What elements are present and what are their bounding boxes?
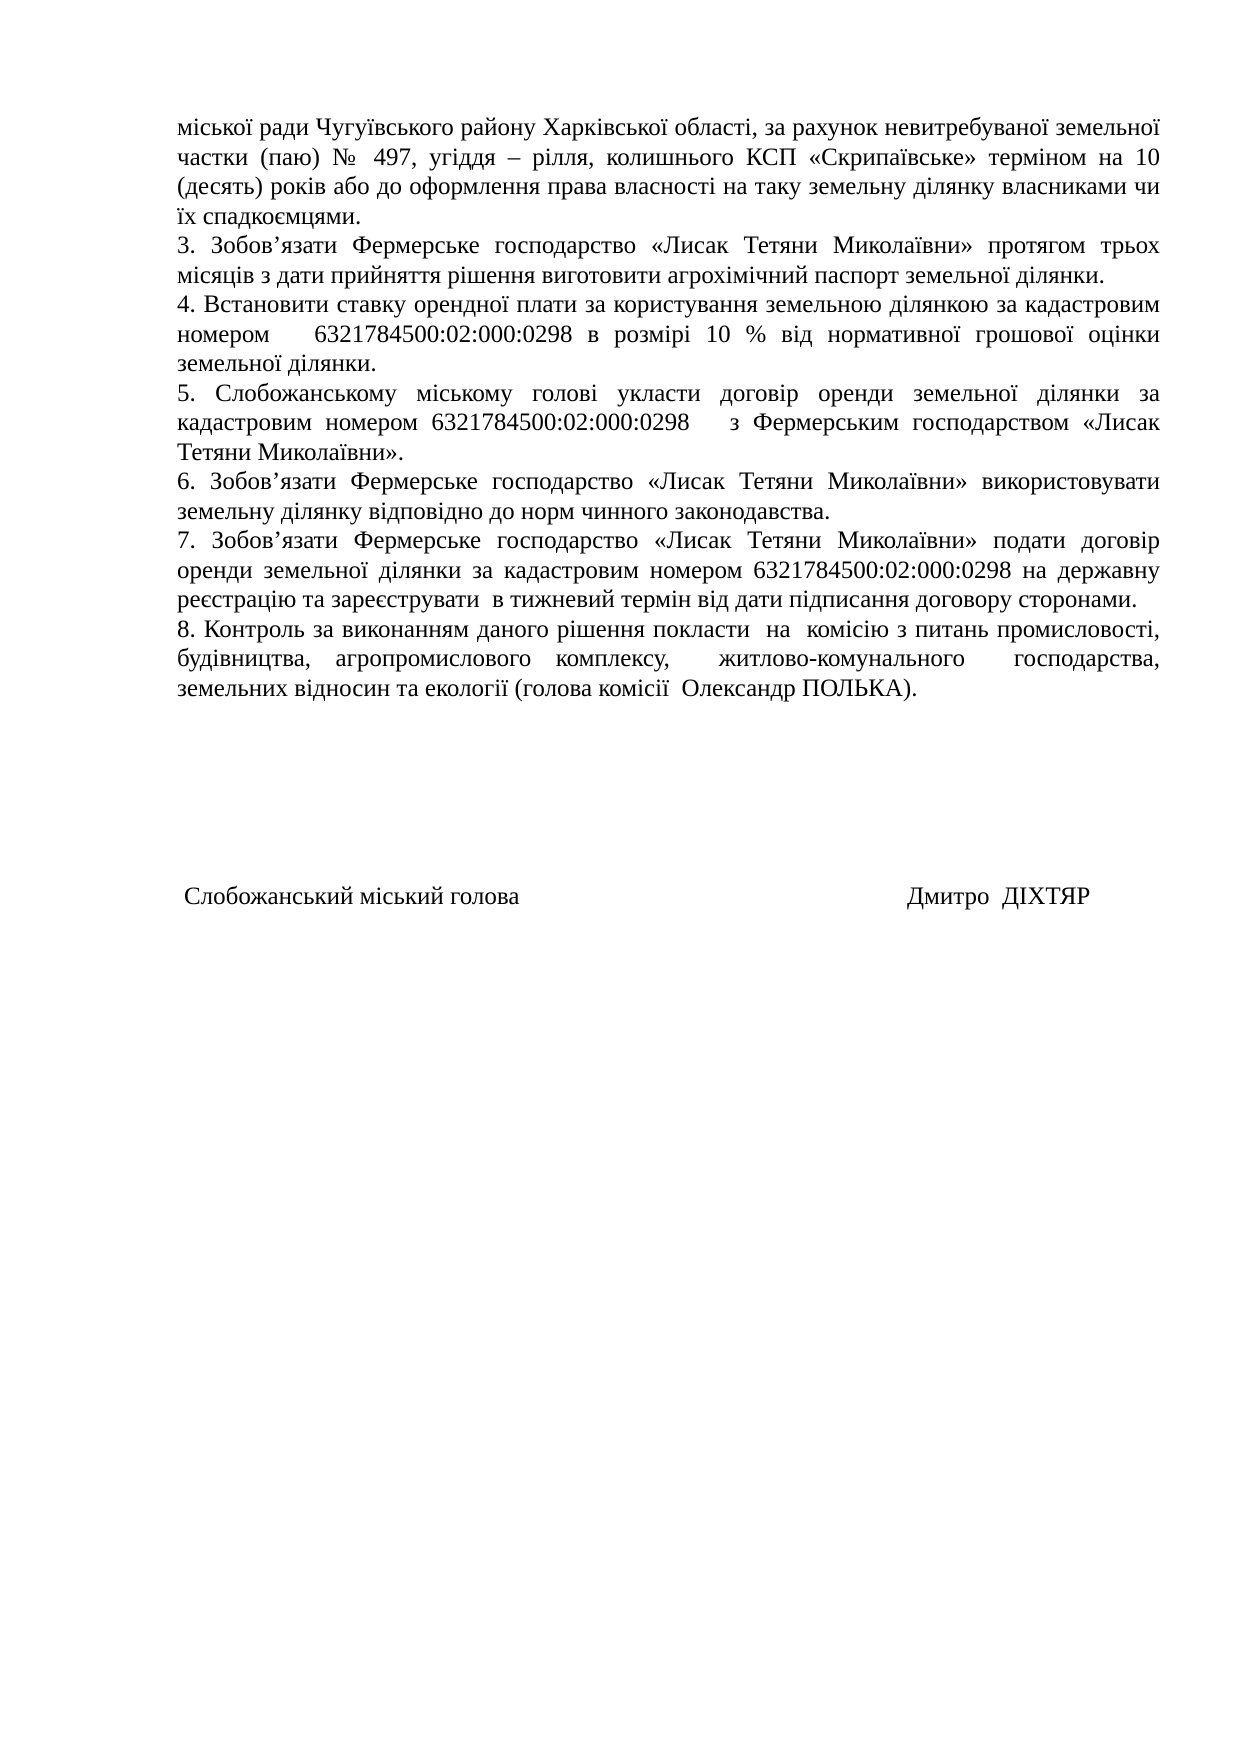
paragraph-item-5: 5. Слобожанському міському голові укласт… [177,379,1160,468]
paragraph-item-4: 4. Встановити ставку орендної плати за к… [177,290,1160,379]
signature-row: Слобожанський міський голова Дмитро ДІХТ… [177,882,1160,912]
paragraph-continuation: міської ради Чугуївського району Харківс… [177,113,1160,231]
paragraph-item-6: 6. Зобов’язати Фермерське господарство «… [177,467,1160,526]
document-text-block: міської ради Чугуївського району Харківс… [177,113,1160,703]
signature-name: Дмитро ДІХТЯР [907,882,1090,912]
signature-title: Слобожанський міський голова [184,882,519,912]
document-page: міської ради Чугуївського району Харківс… [0,0,1240,1754]
paragraph-item-8: 8. Контроль за виконанням даного рішення… [177,615,1160,704]
paragraph-item-7: 7. Зобов’язати Фермерське господарство «… [177,526,1160,615]
paragraph-item-3: 3. Зобов’язати Фермерське господарство «… [177,231,1160,290]
